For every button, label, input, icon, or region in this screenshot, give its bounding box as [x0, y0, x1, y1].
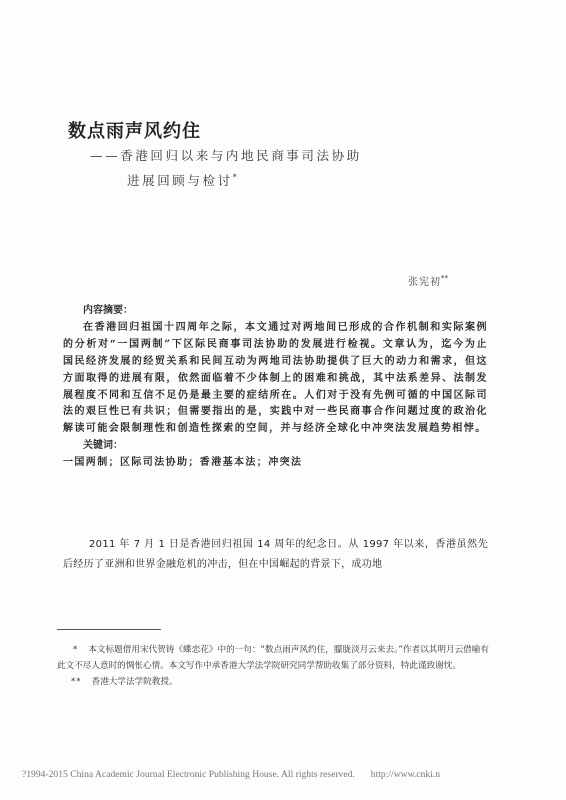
copyright-text: ?1994-2015 China Academic Journal Electr… [22, 769, 355, 780]
article-subtitle: ——香港回归以来与内地民商事司法协助 进展回顾与检讨* [90, 145, 362, 192]
keywords-label: 关键词： [63, 438, 488, 455]
abstract-text: 在香港回归祖国十四周年之际，本文通过对两地间已形成的合作机制和实际案例的分析对“… [63, 320, 488, 438]
publisher-url[interactable]: http://www.cnki.n [371, 769, 440, 780]
footnote-divider [57, 629, 161, 630]
keywords-text: 一国两制；区际司法协助；香港基本法；冲突法 [63, 455, 488, 472]
abstract-section: 内容摘要： 在香港回归祖国十四周年之际，本文通过对两地间已形成的合作机制和实际案… [63, 303, 488, 472]
footnote-1-text: 本文标题借用宋代贺铸《蝶恋花》中的一句：“数点雨声风约住，朦胧淡月云来去。”作者… [57, 645, 489, 671]
footnote-2-text: 香港大学法学院教授。 [92, 677, 178, 687]
subtitle-line-2: 进展回顾与检讨* [90, 167, 362, 192]
footnote-2-mark: ** [71, 677, 82, 687]
footnote-2: **香港大学法学院教授。 [57, 675, 489, 691]
abstract-label: 内容摘要： [63, 303, 488, 320]
document-page: 数点雨声风约住 ——香港回归以来与内地民商事司法协助 进展回顾与检讨* 张宪初*… [0, 0, 566, 800]
footnote-1: *本文标题借用宋代贺铸《蝶恋花》中的一句：“数点雨声风约住，朦胧淡月云来去。”作… [57, 643, 489, 674]
footnote-1-mark: * [73, 645, 78, 655]
subtitle-footnote-mark: * [233, 173, 237, 182]
subtitle-line-1: ——香港回归以来与内地民商事司法协助 [90, 148, 362, 163]
author-footnote-mark: ** [441, 275, 448, 283]
copyright-footer: ?1994-2015 China Academic Journal Electr… [22, 769, 440, 780]
footnotes-section: *本文标题借用宋代贺铸《蝶恋花》中的一句：“数点雨声风约住，朦胧淡月云来去。”作… [57, 643, 489, 691]
article-title: 数点雨声风约住 [68, 117, 201, 143]
author-name-text: 张宪初 [408, 277, 441, 288]
author-name: 张宪初** [408, 273, 448, 288]
body-paragraph: 2011 年 7 月 1 日是香港回归祖国 14 周年的纪念日。从 1997 年… [63, 535, 488, 575]
subtitle-line-2-text: 进展回顾与检讨 [127, 173, 233, 188]
